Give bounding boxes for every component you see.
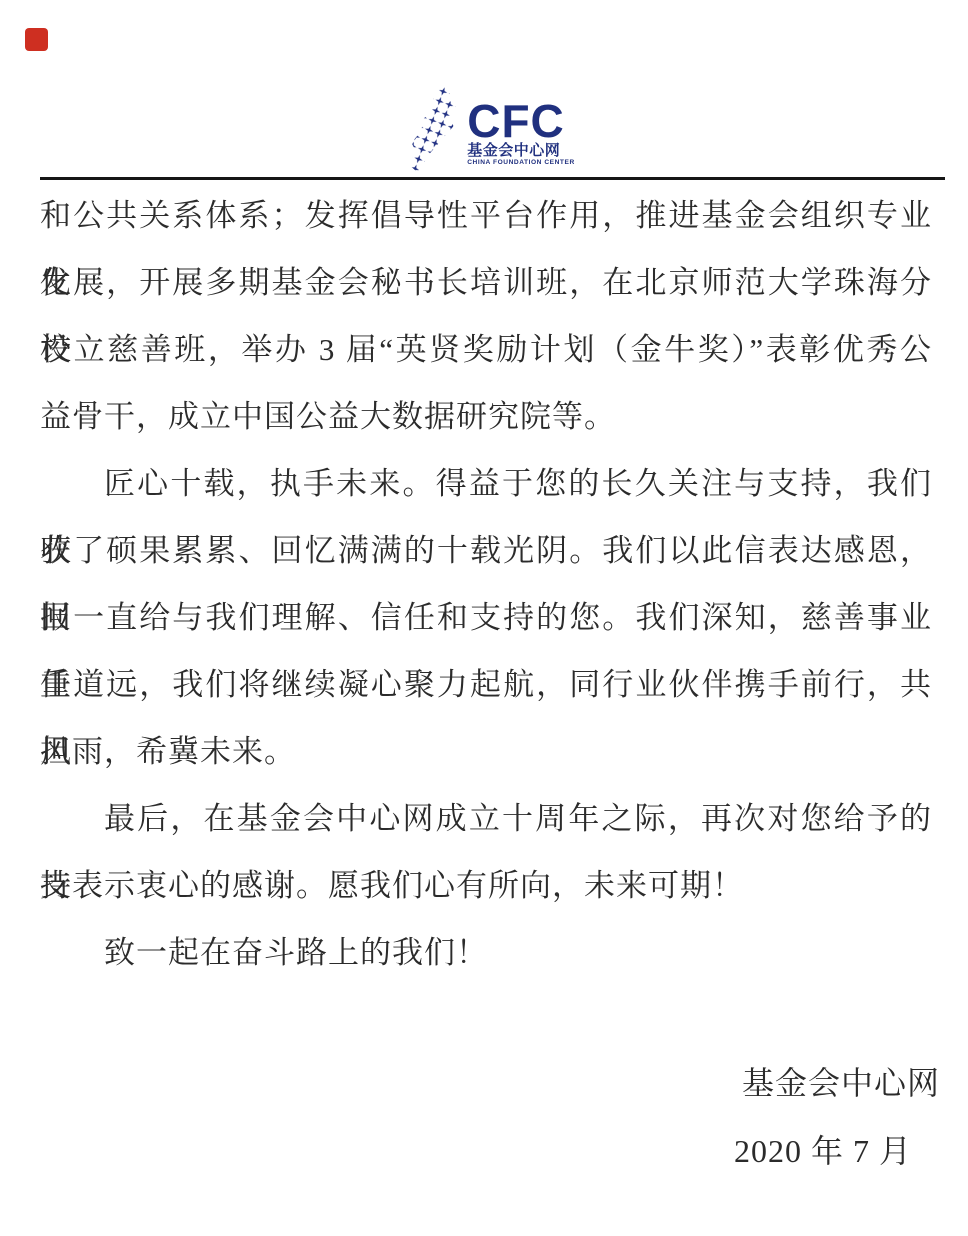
logo-name-cn: 基金会中心网 [467,142,575,159]
letter-line: 和公共关系体系；发挥倡导性平台作用，推进基金会组织专业化 [40,182,932,249]
lattice-shape [410,85,456,173]
letter-body: 和公共关系体系；发挥倡导性平台作用，推进基金会组织专业化发展，开展多期基金会秘书… [40,182,932,986]
letter-line: 持表示衷心的感谢。愿我们心有所向，未来可期！ [40,852,932,919]
logo-text-block: CFC 基金会中心网 CHINA FOUNDATION CENTER [467,102,575,167]
date-line: 2020 年 7 月 [734,1126,912,1172]
letter-line: 匠心十载，执手未来。得益于您的长久关注与支持，我们收 [40,450,932,517]
letter-line: 发展，开展多期基金会秘书长培训班，在北京师范大学珠海分校 [40,249,932,316]
letter-line: 设立慈善班，举办 3 届“英贤奖励计划（金牛奖）”表彰优秀公 [40,316,932,383]
signature: 基金会中心网 [742,1058,940,1104]
cfc-logo: CFC 基金会中心网 CHINA FOUNDATION CENTER [0,82,968,174]
letter-line: 最后，在基金会中心网成立十周年之际，再次对您给予的支 [40,785,932,852]
red-square-marker [25,28,48,51]
china-map-dot-lattice-icon [407,84,461,174]
logo-acronym: CFC [467,102,575,140]
letter-line: 风雨，希冀未来。 [40,718,932,785]
divider-line [40,177,945,180]
letter-line: 重道远，我们将继续凝心聚力起航，同行业伙伴携手前行，共担 [40,651,932,718]
letter-line: 益骨干，成立中国公益大数据研究院等。 [40,383,932,450]
letter-line: 报一直给与我们理解、信任和支持的您。我们深知，慈善事业任 [40,584,932,651]
letter-line: 致一起在奋斗路上的我们！ [40,919,932,986]
logo-name-en: CHINA FOUNDATION CENTER [467,159,575,167]
letter-line: 获了硕果累累、回忆满满的十载光阴。我们以此信表达感恩，回 [40,517,932,584]
letter-page: CFC 基金会中心网 CHINA FOUNDATION CENTER 和公共关系… [0,0,968,1236]
cfc-logo-inner: CFC 基金会中心网 CHINA FOUNDATION CENTER [407,82,575,174]
